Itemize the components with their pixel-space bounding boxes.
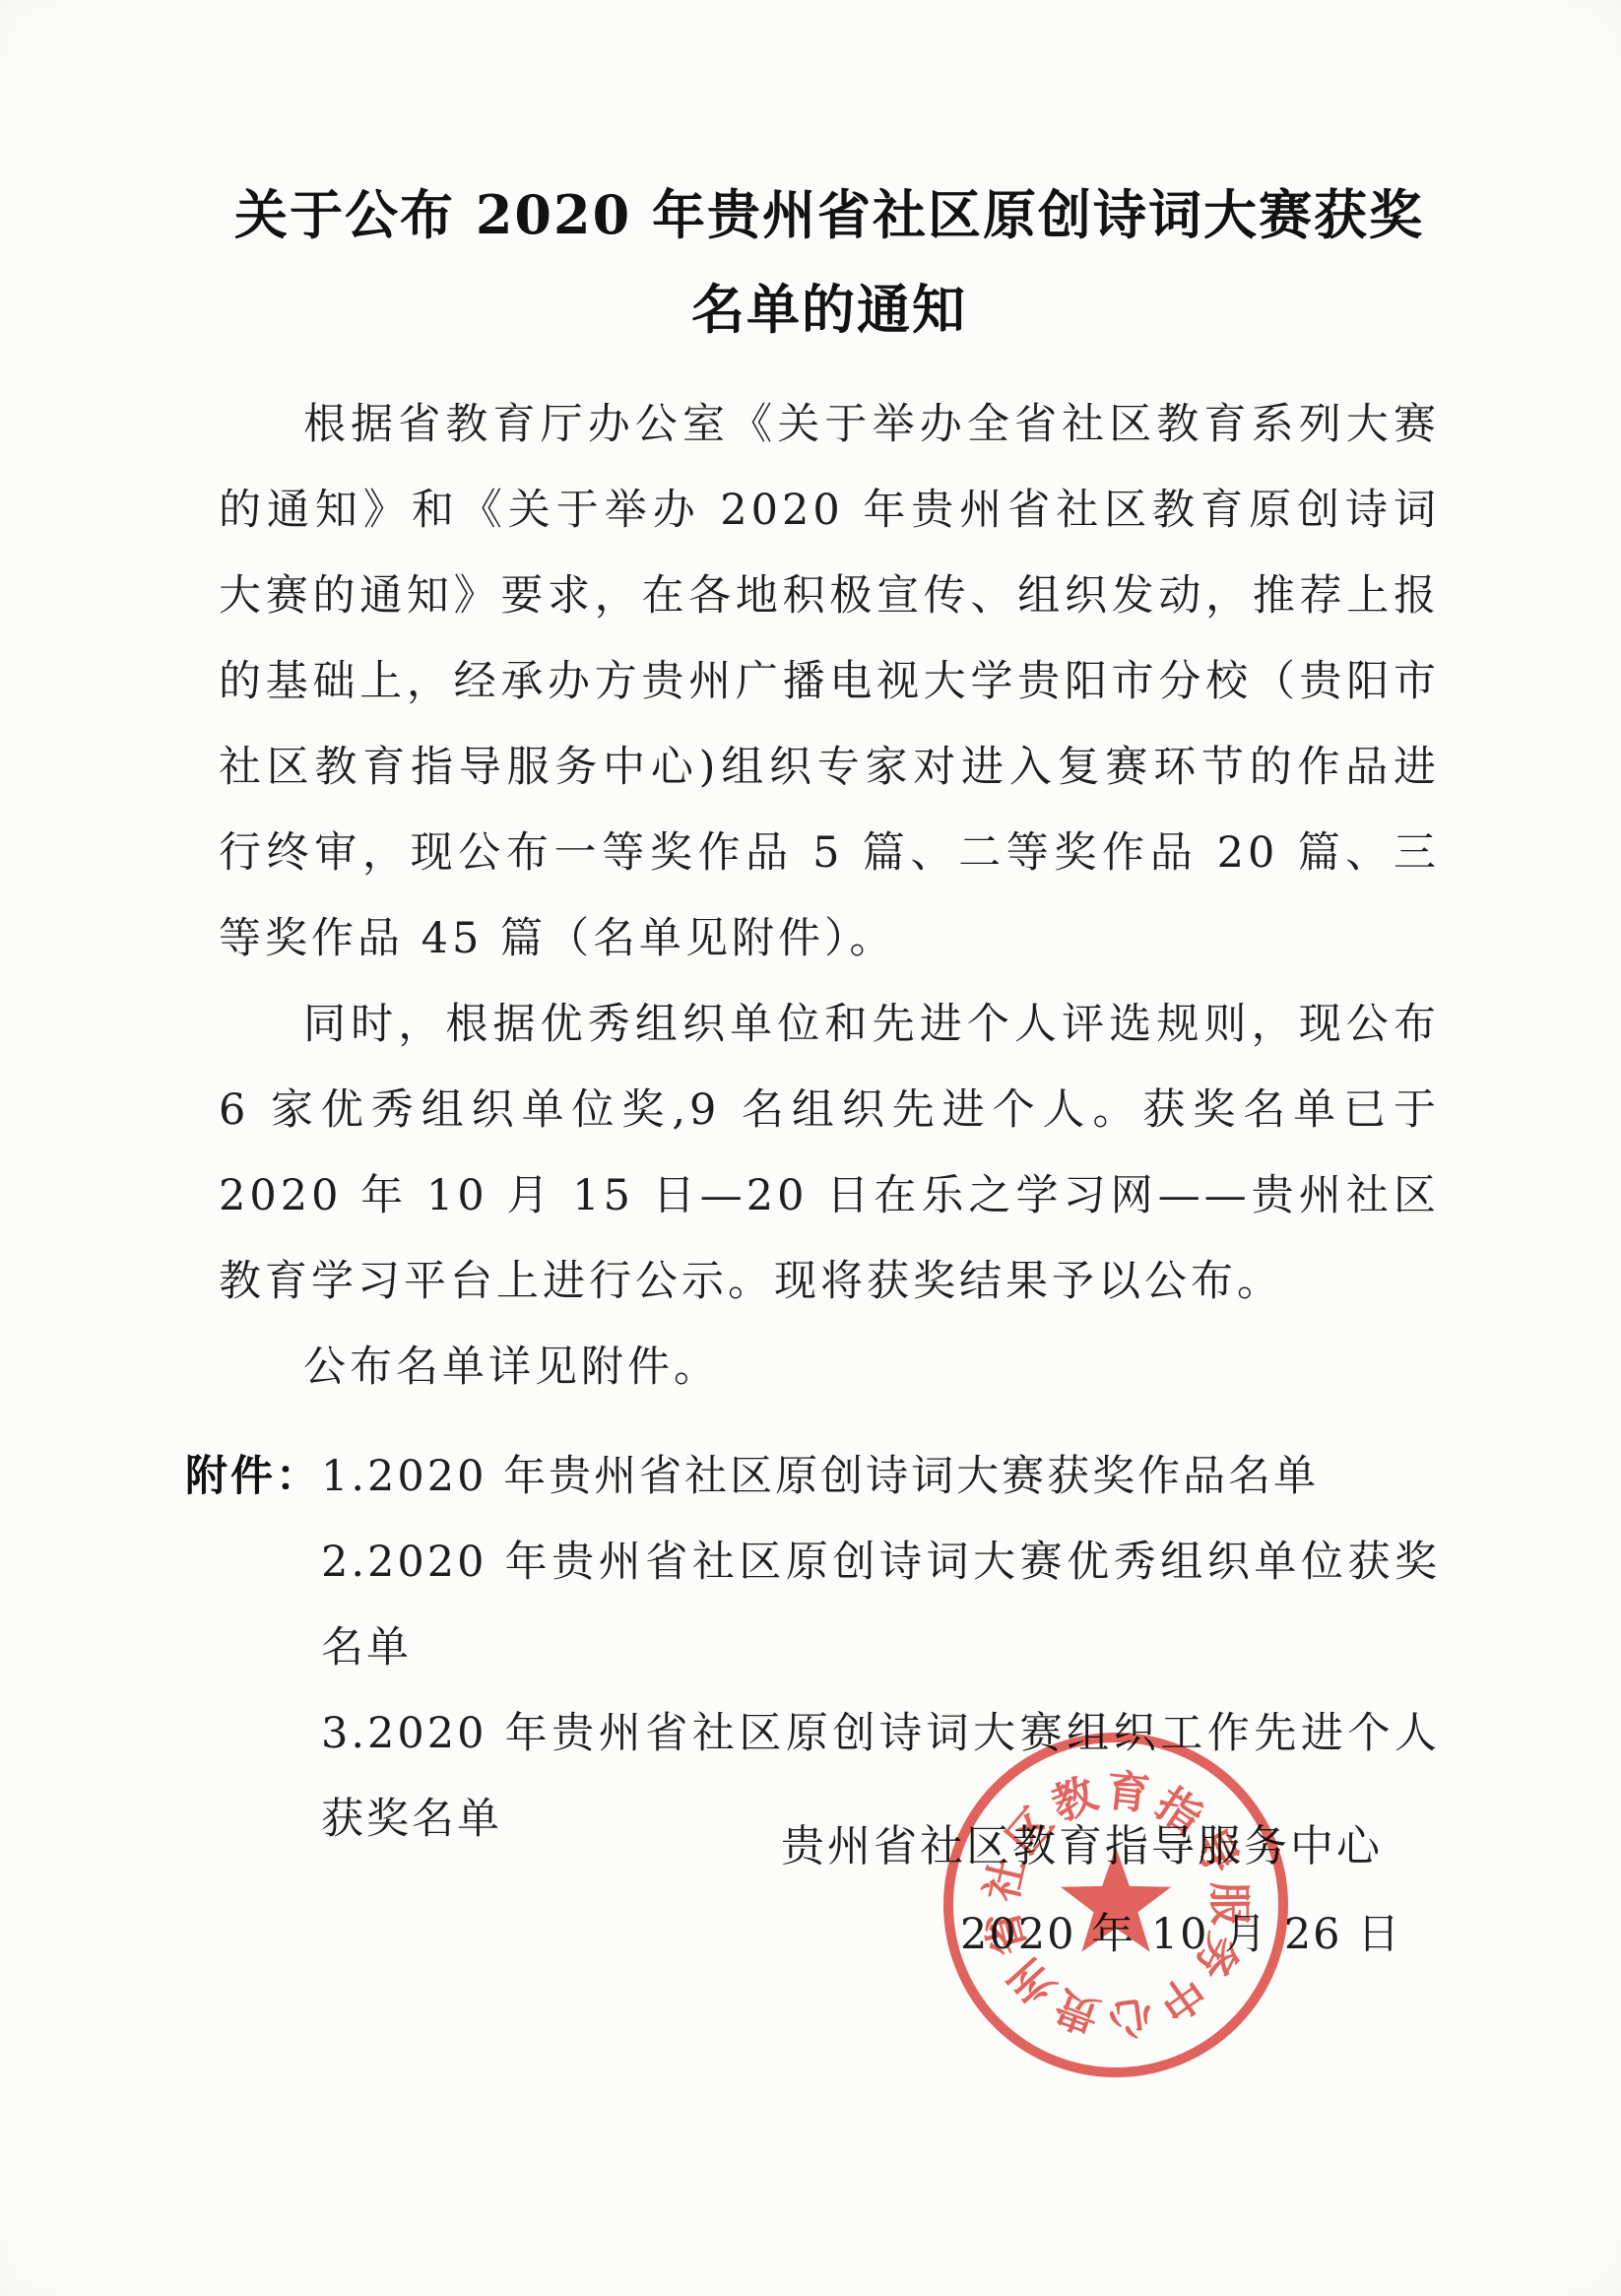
paragraph-2: 同时，根据优秀组织单位和先进个人评选规则，现公布 6 家优秀组织单位奖,9 名组… xyxy=(219,982,1440,1325)
attachments-list: 1.2020 年贵州省社区原创诗词大赛获奖作品名单 2.2020 年贵州省社区原… xyxy=(321,1434,1440,1863)
paragraph-3: 公布名单详见附件。 xyxy=(219,1325,1440,1410)
document-page: 关于公布 2020 年贵州省社区原创诗词大赛获奖 名单的通知 根据省教育厅办公室… xyxy=(0,0,1621,2296)
title-line-2: 名单的通知 xyxy=(219,262,1440,357)
paragraph-1: 根据省教育厅办公室《关于举办全省社区教育系列大赛的通知》和《关于举办 2020 … xyxy=(219,382,1440,982)
attachment-item-1: 1.2020 年贵州省社区原创诗词大赛获奖作品名单 xyxy=(321,1434,1440,1520)
signature-date: 2020 年 10 月 26 日 xyxy=(960,1901,1401,1961)
document-title: 关于公布 2020 年贵州省社区原创诗词大赛获奖 名单的通知 xyxy=(219,167,1440,357)
signature-organization: 贵州省社区教育指导服务中心 xyxy=(781,1810,1383,1873)
attachments-block: 附件： 1.2020 年贵州省社区原创诗词大赛获奖作品名单 2.2020 年贵州… xyxy=(185,1434,1440,1863)
attachment-item-2: 2.2020 年贵州省社区原创诗词大赛优秀组织单位获奖名单 xyxy=(321,1520,1440,1691)
title-line-1: 关于公布 2020 年贵州省社区原创诗词大赛获奖 xyxy=(219,167,1440,262)
attachments-label: 附件： xyxy=(185,1434,321,1863)
document-content: 关于公布 2020 年贵州省社区原创诗词大赛获奖 名单的通知 根据省教育厅办公室… xyxy=(219,167,1440,1863)
document-body: 根据省教育厅办公室《关于举办全省社区教育系列大赛的通知》和《关于举办 2020 … xyxy=(219,382,1440,1410)
